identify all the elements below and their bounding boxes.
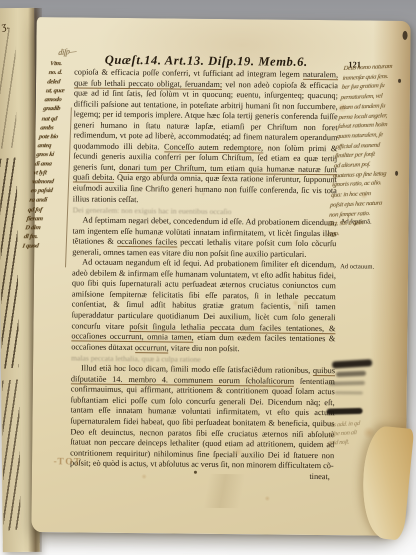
handwriting-line: gnos ki bbox=[36, 150, 73, 159]
marginalia-right-column: Deus homo naturamimmenſæ quia ſens.ber ſ… bbox=[327, 60, 416, 239]
facing-page-text bbox=[2, 379, 21, 530]
handwriting-line: I quod bbox=[22, 241, 59, 250]
edge-ink-speck bbox=[402, 31, 407, 40]
ink-smudge bbox=[327, 408, 363, 415]
handwriting-line: ra andi bbox=[29, 196, 66, 205]
paragraph: Illud etiã hoc loco dicam, ſimili modo e… bbox=[70, 364, 335, 472]
paragraph: copioſa & efficacia poſſe conferri, vt ſ… bbox=[73, 67, 338, 207]
margin-note-ad-octavam: Ad octauum. bbox=[340, 263, 402, 271]
book-photo: ʒ. diſp— Quæſt.14. Art.13. Diſp.19. Memb… bbox=[0, 0, 416, 555]
text-segment: copioſa & efficacia poſſe conferri, vt ſ… bbox=[74, 67, 303, 78]
handwriting-line: D dim bbox=[25, 223, 62, 232]
paragraph: Ad octauam negandum eſt id ſequi. Ad pro… bbox=[71, 258, 336, 356]
text-segment: Illud etiã hoc loco dicam, ſimili modo e… bbox=[81, 364, 313, 375]
bleedthrough-mirrored-text: TOT- bbox=[52, 457, 80, 467]
handwriting-line: ut, quæ bbox=[45, 86, 82, 95]
marginalia-lower-right: his add. in qda ſpe non aliquid noſt. bbox=[327, 416, 409, 448]
handwriting-line: eo paſsid bbox=[30, 186, 67, 195]
handwriting-line: fieram bbox=[26, 214, 63, 223]
handwriting-line: Vtm. bbox=[49, 59, 86, 68]
handwriting-line: dl fm. bbox=[23, 232, 60, 241]
ink-smudge bbox=[329, 381, 365, 386]
handwriting-line: di ama bbox=[34, 159, 71, 168]
facing-page-text bbox=[0, 157, 19, 368]
ink-underlined-text: Conceſſo autem redemptore, bbox=[164, 142, 263, 153]
handwriting-line: amodo bbox=[44, 95, 81, 104]
text-segment: ſententiam confirmauimus, qui affirmant,… bbox=[70, 377, 335, 471]
text-segment: vitare diu non poſsit. bbox=[169, 343, 240, 353]
text-segment: malas peccata lethalia, quæ à culpa rati… bbox=[71, 354, 201, 364]
running-title: Quæſt.14. Art.13. Diſp.19. Memb.6. bbox=[105, 53, 308, 69]
handwriting-line: no. d. bbox=[48, 68, 85, 77]
book-page: diſp— Quæſt.14. Art.13. Diſp.19. Memb.6.… bbox=[31, 17, 410, 536]
text-block: copioſa & efficacia poſſe conferri, vt ſ… bbox=[70, 67, 338, 482]
ink-smudge bbox=[336, 371, 366, 377]
text-block-anchor bbox=[69, 532, 333, 535]
paragraph: Ad ſeptimam negari debet, concedendum id… bbox=[72, 216, 336, 261]
handwriting-line: qd fof bbox=[27, 205, 64, 214]
text-segment: Dei generalem: non exiguis hac in euenti… bbox=[73, 206, 232, 217]
text-segment: Ad octauam negandum eſt id ſequi. Ad pro… bbox=[71, 258, 336, 331]
handwriting-line: deled bbox=[47, 77, 84, 86]
ink-smudge bbox=[335, 391, 363, 394]
facing-page-text bbox=[0, 27, 17, 148]
ink-underlined-text: occaſiones faciles bbox=[117, 237, 177, 248]
ink-underlined-text: occurrunt, bbox=[135, 343, 169, 353]
handwriting-line: vt lyſt bbox=[33, 168, 70, 177]
text-segment: vel non adeò copioſa & efficacia quæ ad … bbox=[73, 80, 338, 152]
handwriting-line: valmond bbox=[31, 177, 68, 186]
ink-smudge bbox=[332, 359, 372, 368]
